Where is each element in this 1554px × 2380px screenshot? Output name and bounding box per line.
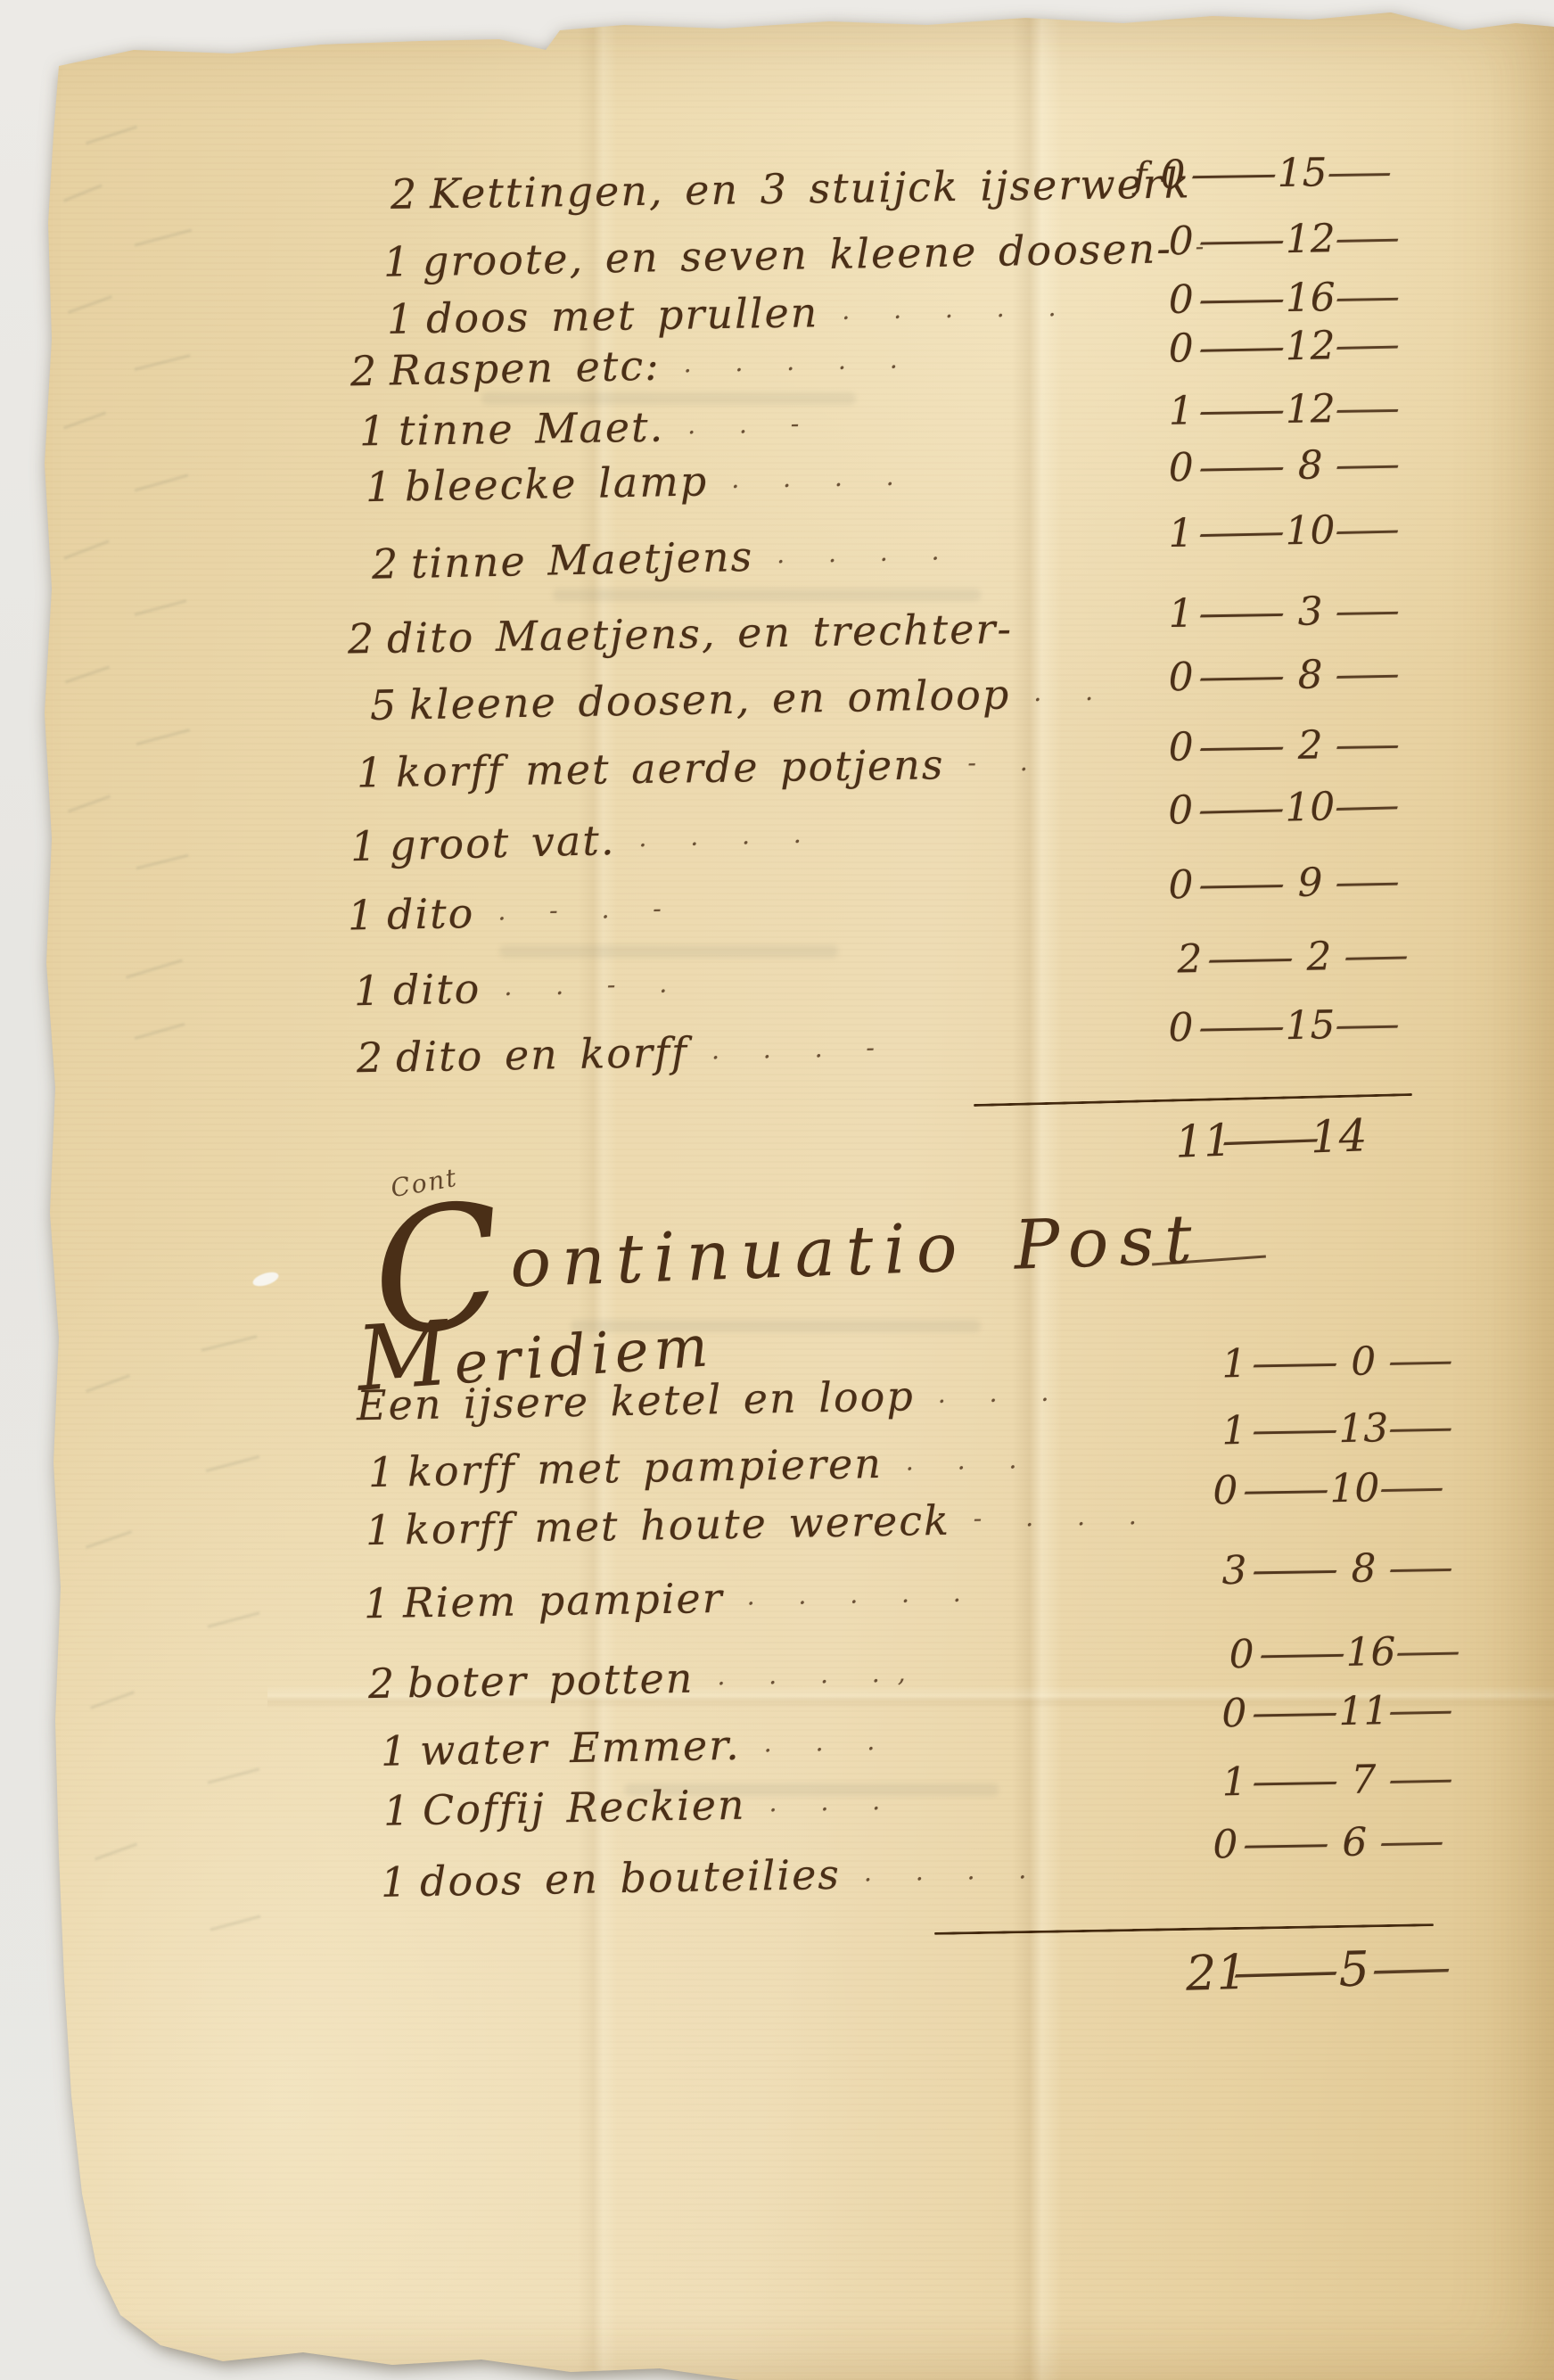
amount: 0—9— xyxy=(1158,859,1394,909)
amount-dash: — xyxy=(1375,1338,1467,1385)
total-amount: 21—5— xyxy=(1185,1939,1438,2001)
amount-dash: — xyxy=(1321,385,1413,432)
inventory-row: 2tinne Maetjens. . . . 1—10— xyxy=(0,515,1554,596)
amount-dash: — xyxy=(1153,275,1330,323)
paper-sheet: 2Kettingen, en 3 stuijck ijserwerk f0—15… xyxy=(0,0,1554,2380)
item-description: bleecke lamp xyxy=(405,457,709,510)
amount: 0—12— xyxy=(1158,215,1394,265)
dot-leader: . . . . xyxy=(731,461,912,494)
amount: 1—7— xyxy=(1212,1756,1448,1806)
item-description: boter potten xyxy=(407,1654,695,1708)
amount: 1—10— xyxy=(1158,506,1394,557)
item-quantity: 2 xyxy=(371,539,411,589)
item-quantity: 1 xyxy=(383,1786,423,1835)
amount-dash: — xyxy=(1321,506,1413,553)
amount: 0—16— xyxy=(1158,274,1394,323)
amount-dash: — xyxy=(1313,149,1405,195)
amount-dash: — xyxy=(1366,1818,1458,1865)
amount-dash: — xyxy=(1197,1465,1375,1513)
dot-leader: . . . xyxy=(937,1377,1066,1409)
dot-leader: - . . . xyxy=(973,1501,1154,1534)
amount-dash: — xyxy=(1181,1110,1360,1168)
amount: f0—15— xyxy=(1133,149,1385,198)
dot-leader: . . . xyxy=(769,1786,898,1818)
amount: 1—3— xyxy=(1158,588,1394,637)
amount-dash: — xyxy=(1375,1404,1467,1452)
item-quantity: 1 xyxy=(348,891,388,940)
dot-leader: . . . - xyxy=(711,1033,892,1066)
amount-dash: — xyxy=(1321,274,1413,321)
dot-leader: . . . . xyxy=(777,536,958,569)
amount-dash: — xyxy=(1196,1940,1374,2001)
item-quantity: 1 xyxy=(359,407,399,456)
amount: 1—12— xyxy=(1158,385,1394,434)
dot-leader: . . . . . xyxy=(746,1577,979,1610)
amount-dash: — xyxy=(1153,1002,1330,1050)
amount-dash: — xyxy=(1206,1688,1384,1736)
amount-dash: — xyxy=(1321,215,1413,262)
amount: 0—15— xyxy=(1158,1001,1394,1051)
amount: 0—6— xyxy=(1203,1818,1439,1868)
amount: 0—10— xyxy=(1203,1464,1439,1514)
item-quantity: 2 xyxy=(391,169,431,218)
amount: 0—12— xyxy=(1158,322,1394,372)
inventory-row: 1Riem pampier. . . . . 3—8— xyxy=(0,1561,1554,1633)
amount-dash: — xyxy=(1213,1629,1391,1677)
amount-dash: — xyxy=(1153,442,1330,490)
item-description: Riem pampier xyxy=(403,1574,724,1627)
bleedthrough-mark xyxy=(95,1843,137,1861)
amount-dash: — xyxy=(1382,1627,1474,1675)
dot-leader: . . xyxy=(1033,677,1111,708)
subtotal-amount: 11—14 xyxy=(1174,1109,1370,1168)
paper-sheet-wrap: 2Kettingen, en 3 stuijck ijserwerk f0—15… xyxy=(0,0,1554,2380)
item-description: dito en korff xyxy=(396,1028,689,1082)
amount-dash: — xyxy=(1206,1338,1384,1387)
paper-chip-mark xyxy=(251,1270,281,1289)
amount: 0—11— xyxy=(1212,1687,1448,1737)
bleedthrough-mark xyxy=(210,1915,261,1931)
amount: 0—10— xyxy=(1158,783,1394,834)
amount-dash: — xyxy=(1375,1687,1467,1734)
item-quantity: 1 xyxy=(387,294,427,343)
bleedthrough-mark xyxy=(86,126,137,144)
amount-dash: — xyxy=(1153,507,1330,556)
item-description: dito xyxy=(392,965,481,1015)
dot-leader: . . . ., xyxy=(717,1658,924,1691)
inventory-row: 1doos en bouteilies. . . . 0—6— xyxy=(0,1838,1554,1913)
section-heading-line1: ontinuatio Post xyxy=(509,1198,1205,1302)
bleedthrough-smudge xyxy=(499,945,838,958)
item-quantity: 2 xyxy=(368,1659,408,1708)
subtotal-rule xyxy=(974,1093,1412,1107)
item-description: Raspen etc: xyxy=(389,342,661,395)
amount-dash: — xyxy=(1321,782,1413,829)
item-quantity: 1 xyxy=(353,966,393,1015)
bleedthrough-smudge xyxy=(553,589,981,601)
dot-leader: . . . . xyxy=(864,1855,1045,1888)
item-description: doos en bouteilies xyxy=(420,1850,842,1906)
amount: 3—8— xyxy=(1212,1544,1448,1594)
amount-dash: — xyxy=(1321,859,1413,906)
amount-dash: — xyxy=(1162,934,1339,983)
total-rule xyxy=(934,1923,1434,1935)
amount-dash: — xyxy=(1206,1757,1384,1805)
item-description: korff met pampieren xyxy=(407,1439,884,1495)
dot-leader: . . . . . xyxy=(842,292,1074,325)
dot-leader: . . . xyxy=(763,1726,892,1758)
amount-dash: — xyxy=(1321,321,1413,368)
amount-dash: — xyxy=(1153,589,1330,637)
item-quantity: 1 xyxy=(381,1857,421,1906)
item-quantity: 1 xyxy=(368,1447,408,1496)
item-description: kleene doosen, en omloop xyxy=(409,671,1011,729)
item-description: groot vat. xyxy=(389,816,616,869)
amount-dash: — xyxy=(1321,651,1413,698)
item-description: Kettingen, en 3 stuijck ijserwerk xyxy=(430,159,1191,218)
item-description: dito Maetjens, en trechter- xyxy=(387,605,1014,663)
inventory-row: 2Kettingen, en 3 stuijck ijserwerk f0—15… xyxy=(0,154,1554,224)
item-quantity: 1 xyxy=(364,1579,404,1628)
amount-dash: — xyxy=(1153,652,1330,700)
item-quantity: 1 xyxy=(349,821,390,870)
amount-dash: — xyxy=(1206,1545,1384,1594)
item-description: tinne Maet. xyxy=(399,403,665,455)
dot-leader: . - . - xyxy=(497,894,679,926)
amount-dash: — xyxy=(1321,1001,1413,1049)
item-quantity: 1 xyxy=(381,1726,421,1775)
amount-dash: — xyxy=(1375,1544,1467,1592)
inventory-row: 2dito en korff. . . - 0—15— xyxy=(0,1013,1554,1088)
item-description: korff met aerde potjens xyxy=(396,740,945,796)
item-description: dito xyxy=(387,889,475,939)
amount-dash: — xyxy=(1153,216,1330,264)
item-quantity: 1 xyxy=(366,462,406,511)
item-quantity: 1 xyxy=(357,748,397,797)
bleedthrough-mark xyxy=(65,666,110,684)
item-description: tinne Maetjens xyxy=(410,532,753,588)
amount: 0—8— xyxy=(1158,651,1394,701)
amount: 0—2— xyxy=(1158,721,1394,770)
dot-leader: . . . xyxy=(905,1445,1034,1477)
amount-dash: — xyxy=(1154,386,1330,434)
amount-dash: — xyxy=(1206,1405,1384,1454)
item-quantity: 2 xyxy=(349,347,390,396)
dot-leader: . . . . xyxy=(638,819,819,852)
amount-dash: — xyxy=(1321,588,1413,635)
amount-dash: — xyxy=(1145,150,1321,198)
amount-dash: — xyxy=(1153,784,1330,834)
amount-dash: — xyxy=(1153,323,1330,372)
item-description: water Emmer. xyxy=(420,1721,742,1775)
item-description: Coffij Reckien xyxy=(423,1781,746,1834)
amount-dash: — xyxy=(1365,1939,1458,1997)
amount: 2—2— xyxy=(1167,933,1403,983)
dot-leader: - . xyxy=(967,747,1046,778)
scanned-document-canvas: 2Kettingen, en 3 stuijck ijserwerk f0—15… xyxy=(0,0,1554,2380)
dot-leader: . . - . xyxy=(504,968,685,1001)
item-description: groote, en seven kleene doosen- xyxy=(423,224,1173,285)
item-quantity: 1 xyxy=(366,1505,406,1554)
item-quantity: 1 xyxy=(383,237,423,286)
item-quantity: 2 xyxy=(357,1034,397,1083)
amount-dash: — xyxy=(1321,721,1413,768)
amount-dash: — xyxy=(1330,932,1422,979)
item-description: doos met prullen xyxy=(426,288,819,342)
amount-dash: — xyxy=(1321,441,1413,489)
amount: 1—13— xyxy=(1212,1404,1448,1454)
amount-dash: — xyxy=(1375,1756,1467,1803)
dot-leader: . . - xyxy=(687,408,818,440)
bleedthrough-mark xyxy=(135,599,187,615)
amount: 0—16— xyxy=(1219,1628,1455,1678)
item-description: Een ijsere ketel en loop xyxy=(357,1371,916,1429)
amount-dash: — xyxy=(1197,1819,1375,1867)
amount-dash: — xyxy=(1366,1464,1458,1511)
bleedthrough-mark xyxy=(201,1335,258,1351)
item-quantity: 5 xyxy=(370,680,410,729)
amount-dash: — xyxy=(1153,722,1329,770)
item-quantity: 2 xyxy=(348,614,388,663)
dot-leader: . . . . . xyxy=(683,344,916,378)
amount-dash: — xyxy=(1153,860,1330,908)
item-description: korff met houte wereck xyxy=(405,1496,951,1554)
amount: 0—8— xyxy=(1158,441,1394,491)
amount: 1—0— xyxy=(1212,1338,1448,1388)
